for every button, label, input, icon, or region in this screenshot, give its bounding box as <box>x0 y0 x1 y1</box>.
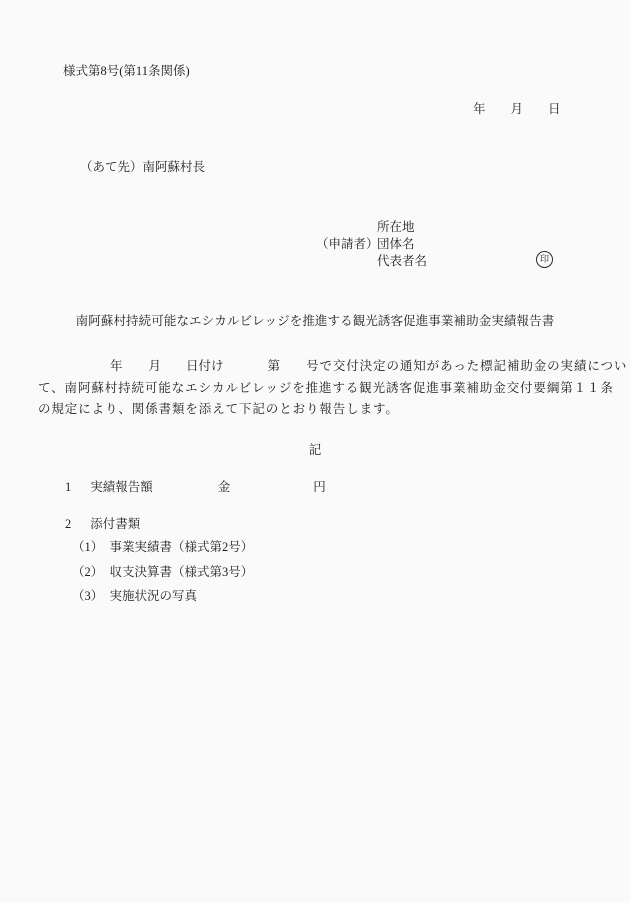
attachments-label: 添付書類 <box>90 517 140 531</box>
form-number: 様式第8号(第11条関係) <box>63 65 190 79</box>
date-year-label: 年 <box>473 102 486 116</box>
body-line-1-text: 号で交付決定の通知があった標記補助金の実績につい <box>306 359 627 373</box>
body-line-1: 年月日付け第号で交付決定の通知があった標記補助金の実績につい <box>110 360 627 374</box>
date-day-label: 日 <box>548 102 561 116</box>
amount-label: 実績報告額 <box>90 480 153 494</box>
body-month-label: 月 <box>149 359 162 373</box>
amount-section: 1実績報告額金円 <box>65 481 326 495</box>
seal-stamp-icon: 印 <box>536 251 553 268</box>
applicant-organization-label: 団体名 <box>377 238 415 252</box>
attachments-section-header: 2添付書類 <box>65 518 140 532</box>
record-marker: 記 <box>0 444 630 458</box>
document-page: 様式第8号(第11条関係) 年月日 （あて先）南阿蘇村長 （申請者） 所在地 団… <box>0 0 630 903</box>
attachment-item: （1） 事業実績書（様式第2号） <box>72 541 253 555</box>
amount-section-number: 1 <box>65 480 71 494</box>
body-number-prefix: 第 <box>268 359 281 373</box>
attachment-item: （3） 実施状況の写真 <box>72 590 197 604</box>
body-day-label: 日付け <box>186 359 224 373</box>
currency-prefix: 金 <box>218 480 231 494</box>
attachments-section-number: 2 <box>65 517 71 531</box>
applicant-label: （申請者） <box>316 238 379 252</box>
currency-suffix: 円 <box>313 480 326 494</box>
body-year-label: 年 <box>110 359 123 373</box>
document-title: 南阿蘇村持続可能なエシカルビレッジを推進する観光誘客促進事業補助金実績報告書 <box>0 315 630 329</box>
applicant-address-label: 所在地 <box>377 221 415 235</box>
applicant-representative-label: 代表者名 <box>377 255 427 269</box>
attachment-item: （2） 収支決算書（様式第3号） <box>72 566 253 580</box>
body-line-3: の規定により、関係書類を添えて下記のとおり報告します。 <box>38 403 399 417</box>
body-line-2: て、南阿蘇村持続可能なエシカルビレッジを推進する観光誘客促進事業補助金交付要綱第… <box>38 382 614 396</box>
addressee: （あて先）南阿蘇村長 <box>80 161 205 175</box>
date-line: 年月日 <box>473 103 561 117</box>
date-month-label: 月 <box>511 102 524 116</box>
